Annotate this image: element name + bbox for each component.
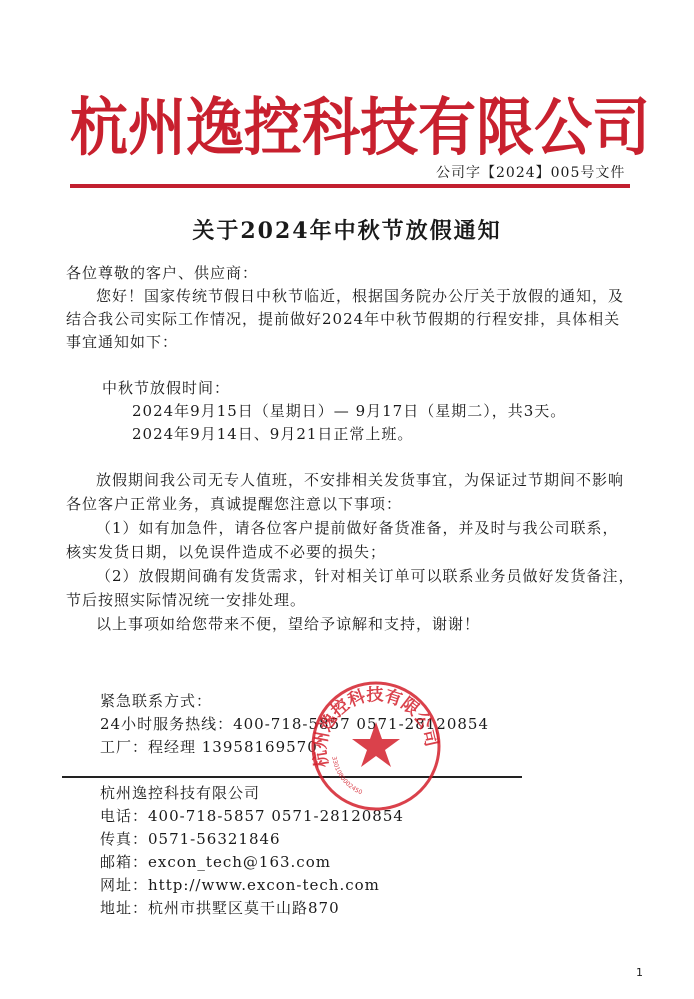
emergency-factory: 工厂：程经理 13958169570: [100, 736, 318, 759]
item2-line: （2）放假期间确有发货需求，针对相关订单可以联系业务员做好发货备注，: [96, 565, 635, 588]
title-char: 逸: [186, 77, 244, 168]
closing-line: 以上事项如给您带来不便，望给予谅解和支持，谢谢！: [96, 613, 480, 636]
notice-title: 关于2024年中秋节放假通知: [0, 214, 694, 245]
title-char: 科: [302, 77, 360, 168]
holiday-period: 2024年9月15日（星期日）— 9月17日（星期二），共3天。: [132, 400, 566, 423]
reminder-line: 放假期间我公司无专人值班，不安排相关发货事宜，为保证过节期间不影响: [96, 469, 624, 492]
title-char: 杭: [70, 77, 128, 168]
red-header-divider: [70, 184, 630, 188]
footer-email: 邮箱：excon_tech@163.com: [100, 851, 331, 874]
footer-address: 地址：杭州市拱墅区莫干山路870: [100, 897, 340, 920]
intro-line: 结合我公司实际工作情况，提前做好2024年中秋节假期的行程安排，具体相关: [66, 308, 620, 331]
intro-line: 您好！国家传统节假日中秋节临近，根据国务院办公厅关于放假的通知，及: [96, 285, 624, 308]
title-char: 司: [592, 77, 650, 168]
title-char: 限: [476, 77, 534, 168]
company-letterhead-title: 杭 州 逸 控 科 技 有 限 公 司: [70, 82, 640, 162]
item2-line: 节后按照实际情况统一安排处理。: [66, 589, 306, 612]
reminder-line: 各位客户正常业务，真诚提醒您注意以下事项：: [66, 493, 402, 516]
salutation: 各位尊敬的客户、供应商：: [66, 262, 258, 285]
intro-line: 事宜通知如下：: [66, 331, 178, 354]
title-char: 技: [360, 77, 418, 168]
footer-website: 网址：http://www.excon-tech.com: [100, 874, 380, 897]
title-char: 公: [534, 77, 592, 168]
title-char: 州: [128, 77, 186, 168]
emergency-hotline: 24小时服务热线：400-718-5857 0571-28120854: [100, 713, 489, 736]
company-seal-stamp-icon: 杭州逸控科技有限公司 3301080002450: [308, 678, 444, 814]
footer-phone: 电话：400-718-5857 0571-28120854: [100, 805, 404, 828]
footer-fax: 传真：0571-56321846: [100, 828, 281, 851]
document-reference-number: 公司字【2024】005号文件: [436, 162, 625, 182]
page-number: 1: [636, 966, 643, 979]
emergency-label: 紧急联系方式：: [100, 690, 212, 713]
workdays: 2024年9月14日、9月21日正常上班。: [132, 423, 413, 446]
item1-line: 核实发货日期，以免误件造成不必要的损失；: [66, 541, 386, 564]
holiday-label: 中秋节放假时间：: [102, 377, 230, 400]
footer-company: 杭州逸控科技有限公司: [100, 782, 260, 805]
footer-divider: [62, 776, 522, 778]
item1-line: （1）如有加急件，请各位客户提前做好备货准备，并及时与我公司联系，: [96, 517, 619, 540]
title-char: 有: [418, 77, 476, 168]
title-char: 控: [244, 77, 302, 168]
